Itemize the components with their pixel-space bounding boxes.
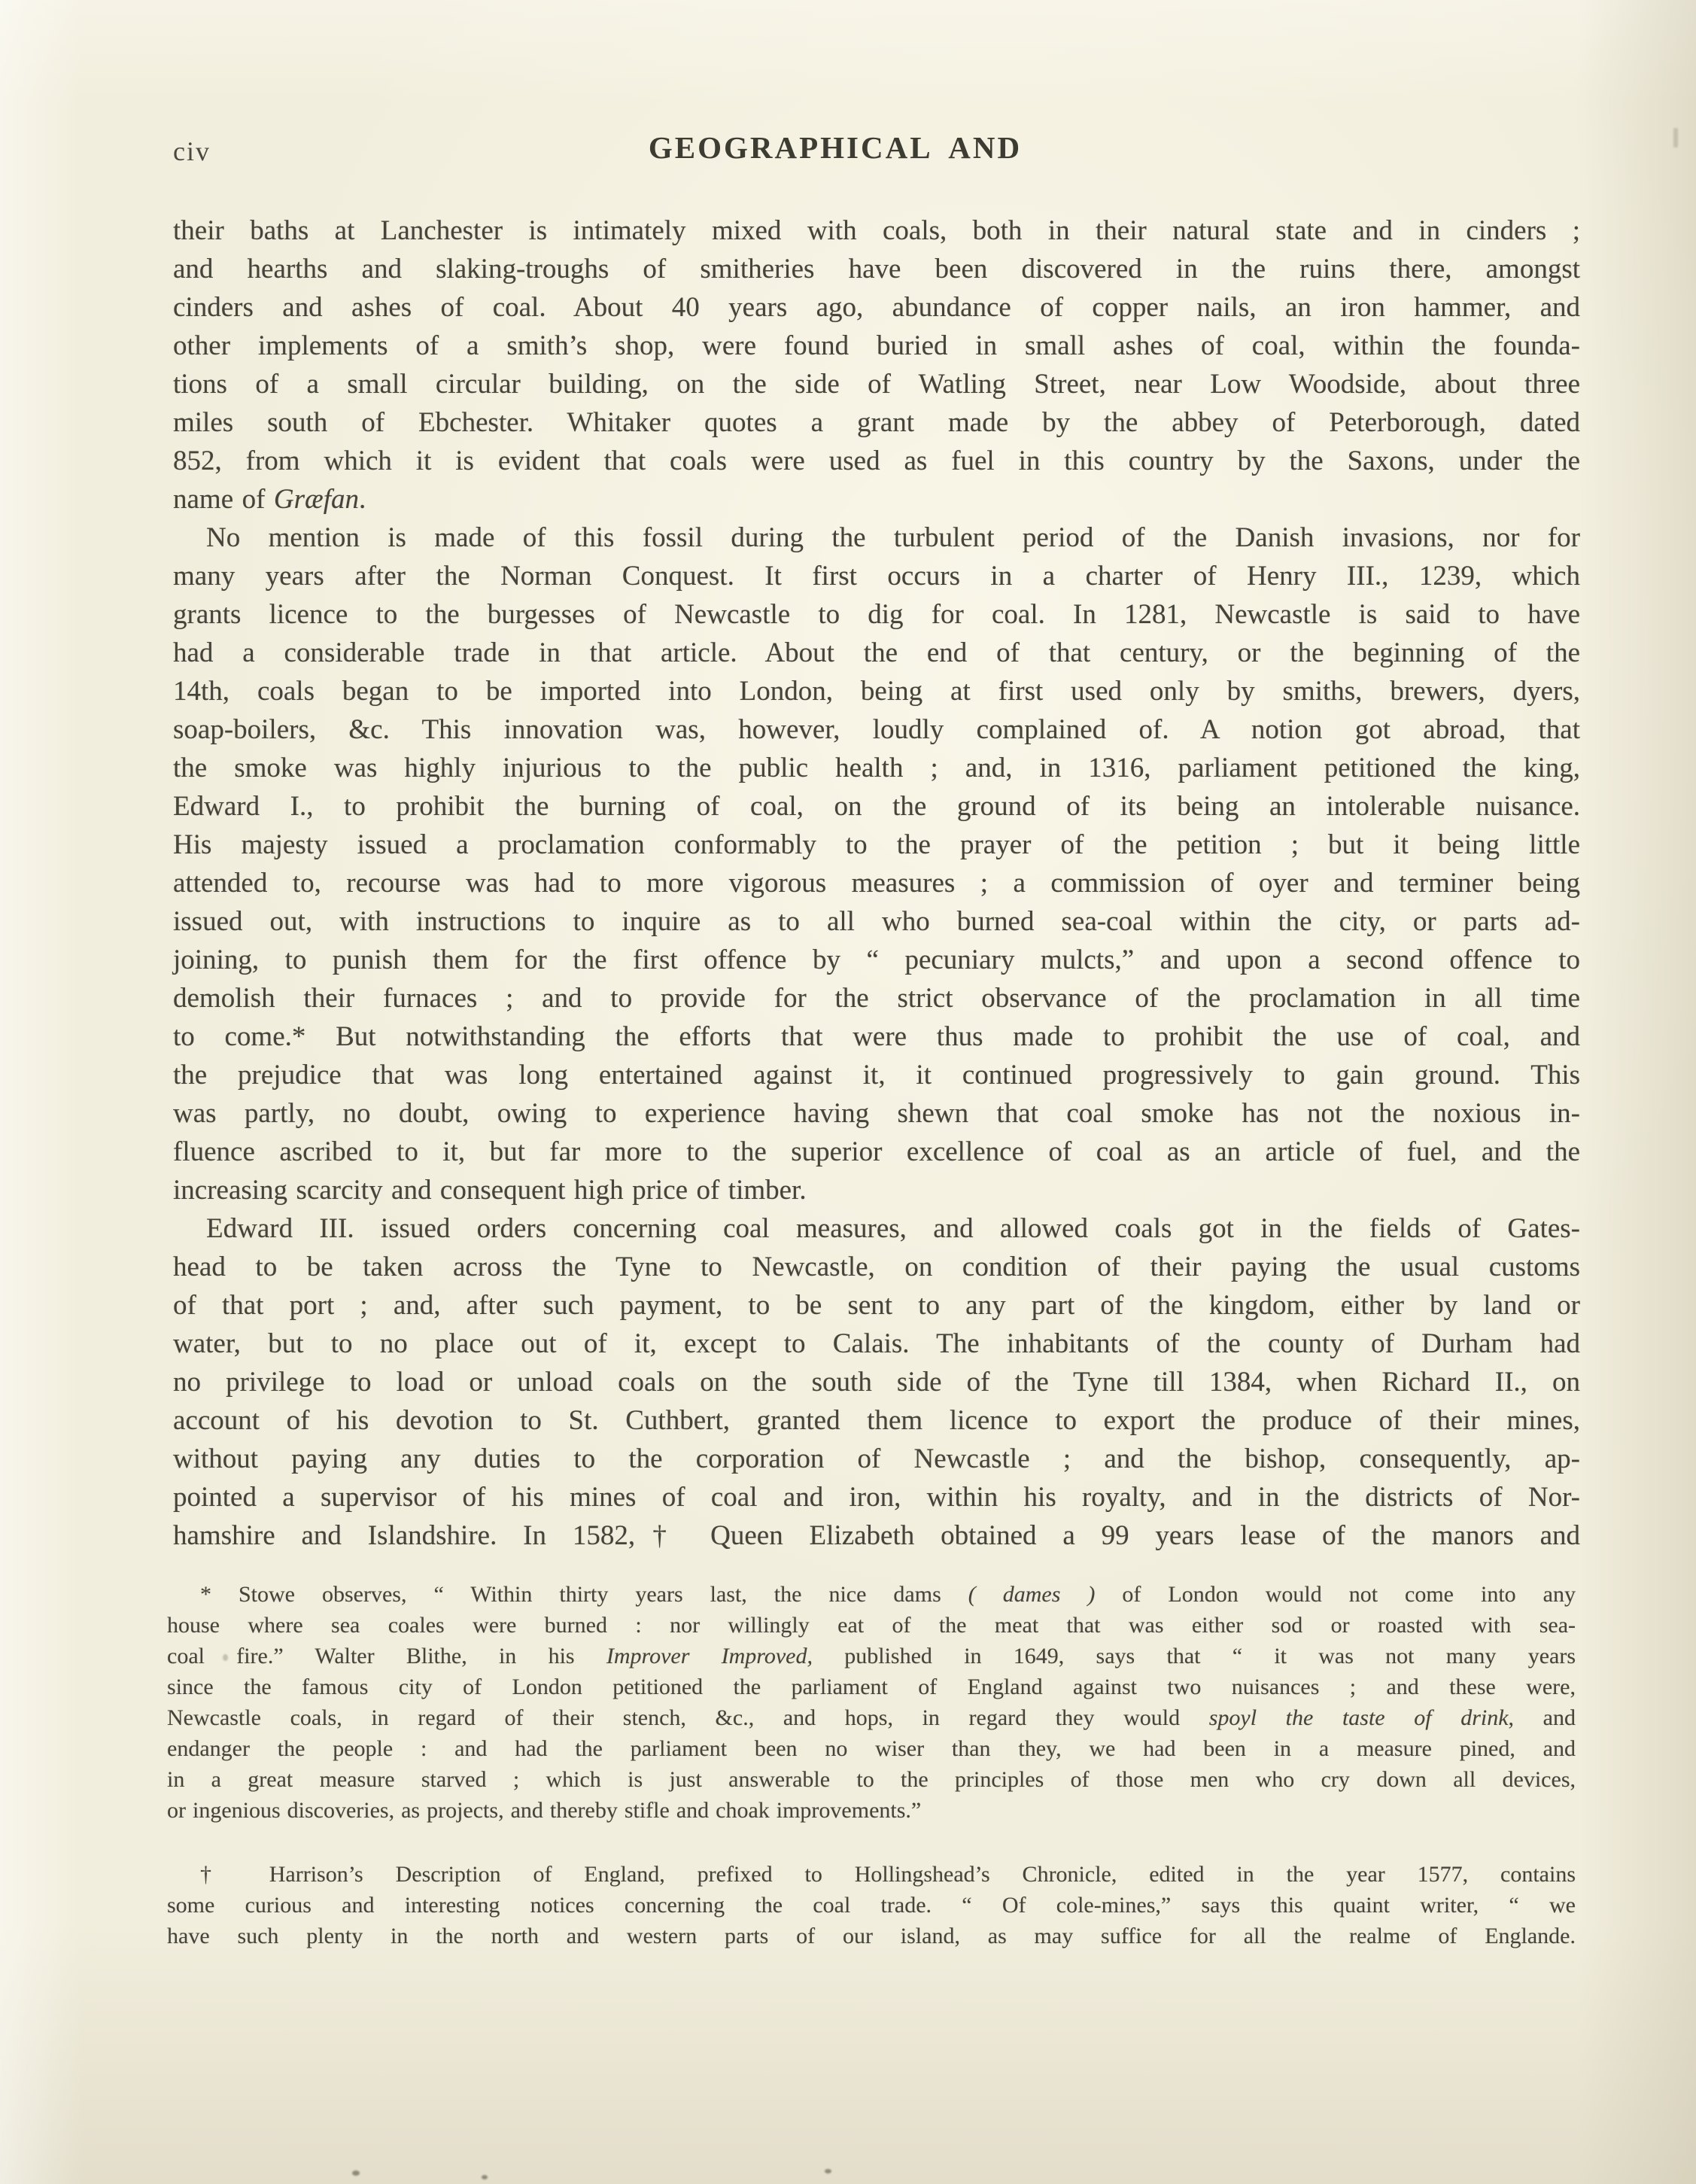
text-line: in a great measure starved ; which is ju… <box>167 1764 1576 1795</box>
paragraph: No mention is made of this fossil during… <box>173 519 1580 1209</box>
text-line: pointed a supervisor of his mines of coa… <box>173 1478 1580 1516</box>
text-line: had a considerable trade in that article… <box>173 634 1580 672</box>
scanned-book-page: civ GEOGRAPHICAL AND their baths at Lanc… <box>0 0 1696 2184</box>
text-line: many years after the Norman Conquest. It… <box>173 557 1580 595</box>
text-line: hamshire and Islandshire. In 1582,† Quee… <box>173 1516 1580 1555</box>
text-line: house where sea coales were burned : nor… <box>167 1610 1576 1641</box>
text-line: some curious and interesting notices con… <box>167 1890 1576 1921</box>
text-line: fluence ascribed to it, but far more to … <box>173 1133 1580 1171</box>
text-line: His majesty issued a proclamation confor… <box>173 826 1580 864</box>
text-line: to come.* But notwithstanding the effort… <box>173 1017 1580 1056</box>
text-line: miles south of Ebchester. Whitaker quote… <box>173 403 1580 442</box>
paper-speck <box>352 2170 360 2176</box>
text-line: soap-boilers, &c. This innovation was, h… <box>173 710 1580 749</box>
text-line: was partly, no doubt, owing to experienc… <box>173 1094 1580 1133</box>
text-line: joining, to punish them for the first of… <box>173 941 1580 979</box>
paper-speck <box>825 2169 831 2173</box>
paragraph: † Harrison’s Description of England, pre… <box>167 1859 1576 1951</box>
text-line: or ingenious discoveries, as projects, a… <box>167 1795 1576 1826</box>
body-text: their baths at Lanchester is intimately … <box>173 211 1580 1555</box>
text-line: tions of a small circular building, on t… <box>173 365 1580 403</box>
text-line: grants licence to the burgesses of Newca… <box>173 595 1580 634</box>
text-line: Edward I., to prohibit the burning of co… <box>173 787 1580 826</box>
text-line: no privilege to load or unload coals on … <box>173 1363 1580 1401</box>
text-line: 852, from which it is evident that coals… <box>173 442 1580 480</box>
footnotes: * Stowe observes, “ Within thirty years … <box>167 1579 1576 1951</box>
text-line: have such plenty in the north and wester… <box>167 1921 1576 1951</box>
text-line: name of Græfan. <box>173 480 1580 519</box>
text-line: † Harrison’s Description of England, pre… <box>167 1859 1576 1890</box>
text-line: other implements of a smith’s shop, were… <box>173 327 1580 365</box>
text-line: and hearths and slaking-troughs of smith… <box>173 250 1580 288</box>
text-line: water, but to no place out of it, except… <box>173 1325 1580 1363</box>
text-line: issued out, with instructions to inquire… <box>173 902 1580 941</box>
text-line: the smoke was highly injurious to the pu… <box>173 749 1580 787</box>
running-title: GEOGRAPHICAL AND <box>132 129 1539 166</box>
text-line: the prejudice that was long entertained … <box>173 1056 1580 1094</box>
paragraph: * Stowe observes, “ Within thirty years … <box>167 1579 1576 1826</box>
text-line: head to be taken across the Tyne to Newc… <box>173 1248 1580 1286</box>
paper-speck <box>223 1654 228 1661</box>
text-line: attended to, recourse was had to more vi… <box>173 864 1580 902</box>
text-line: endanger the people : and had the parlia… <box>167 1733 1576 1764</box>
text-line: their baths at Lanchester is intimately … <box>173 211 1580 250</box>
page-header: civ GEOGRAPHICAL AND <box>173 129 1580 172</box>
text-line: without paying any duties to the corpora… <box>173 1440 1580 1478</box>
text-line: 14th, coals began to be imported into Lo… <box>173 672 1580 710</box>
text-line: * Stowe observes, “ Within thirty years … <box>167 1579 1576 1610</box>
text-line: demolish their furnaces ; and to provide… <box>173 979 1580 1017</box>
paper-speck <box>482 2175 488 2179</box>
text-line: increasing scarcity and consequent high … <box>173 1171 1580 1209</box>
text-line: since the famous city of London petition… <box>167 1671 1576 1702</box>
paragraph: their baths at Lanchester is intimately … <box>173 211 1580 519</box>
text-line: account of his devotion to St. Cuthbert,… <box>173 1401 1580 1440</box>
text-line: coal fire.” Walter Blithe, in his Improv… <box>167 1641 1576 1671</box>
text-line: Newcastle coals, in regard of their sten… <box>167 1702 1576 1733</box>
text-line: Edward III. issued orders concerning coa… <box>173 1209 1580 1248</box>
text-line: cinders and ashes of coal. About 40 year… <box>173 288 1580 327</box>
text-line: No mention is made of this fossil during… <box>173 519 1580 557</box>
paper-speck <box>1673 128 1678 148</box>
paragraph: Edward III. issued orders concerning coa… <box>173 1209 1580 1555</box>
text-line: of that port ; and, after such payment, … <box>173 1286 1580 1325</box>
